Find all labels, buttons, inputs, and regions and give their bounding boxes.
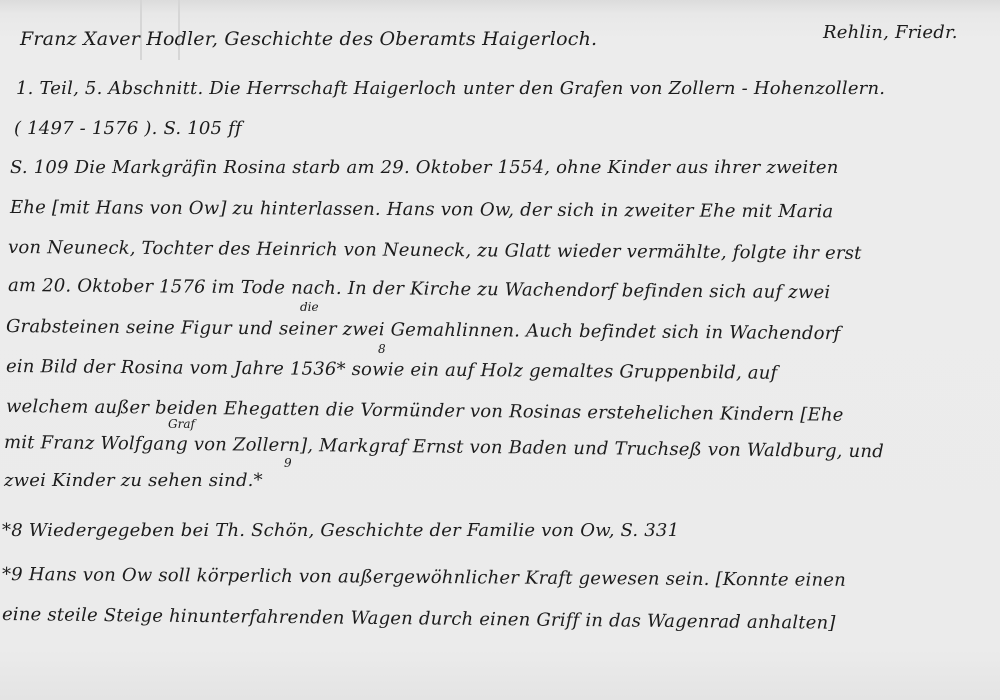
body-line: am 20. Oktober 1576 im Tode nach. In der… — [8, 275, 831, 303]
body-line: Grabsteinen seine Figur und seiner zwei … — [6, 316, 841, 344]
header-source-line: Franz Xaver Hodler, Geschichte des Obera… — [20, 28, 597, 50]
body-line: von Neuneck, Tochter des Heinrich von Ne… — [8, 237, 862, 264]
body-line: ein Bild der Rosina vom Jahre 1536* sowi… — [6, 356, 778, 384]
index-card: Franz Xaver Hodler, Geschichte des Obera… — [0, 0, 1000, 700]
footnote-9: *9 Hans von Ow soll körperlich von außer… — [2, 564, 846, 591]
footnote-ref-9: 9 — [284, 456, 292, 470]
body-line: zwei Kinder zu sehen sind.* — [4, 470, 263, 491]
footnote-9-continued: eine steile Steige hinunterfahrenden Wag… — [2, 604, 836, 634]
insertion-graf: Graf — [168, 417, 195, 431]
header-pages-line: ( 1497 - 1576 ). S. 105 ff — [14, 118, 242, 139]
body-line: mit Franz Wolfgang von Zollern], Markgra… — [4, 432, 884, 462]
footnote-ref-8: 8 — [378, 342, 386, 356]
body-line: Ehe [mit Hans von Ow] zu hinterlassen. H… — [10, 197, 833, 222]
author-tag: Rehlin, Friedr. — [823, 22, 958, 43]
header-section-line: 1. Teil, 5. Abschnitt. Die Herrschaft Ha… — [16, 78, 885, 99]
body-line: welchem außer beiden Ehegatten die Vormü… — [6, 396, 844, 426]
body-line: S. 109 Die Markgräfin Rosina starb am 29… — [10, 157, 839, 178]
footnote-8: *8 Wiedergegeben bei Th. Schön, Geschich… — [2, 520, 679, 541]
insertion-die: die — [300, 300, 319, 314]
